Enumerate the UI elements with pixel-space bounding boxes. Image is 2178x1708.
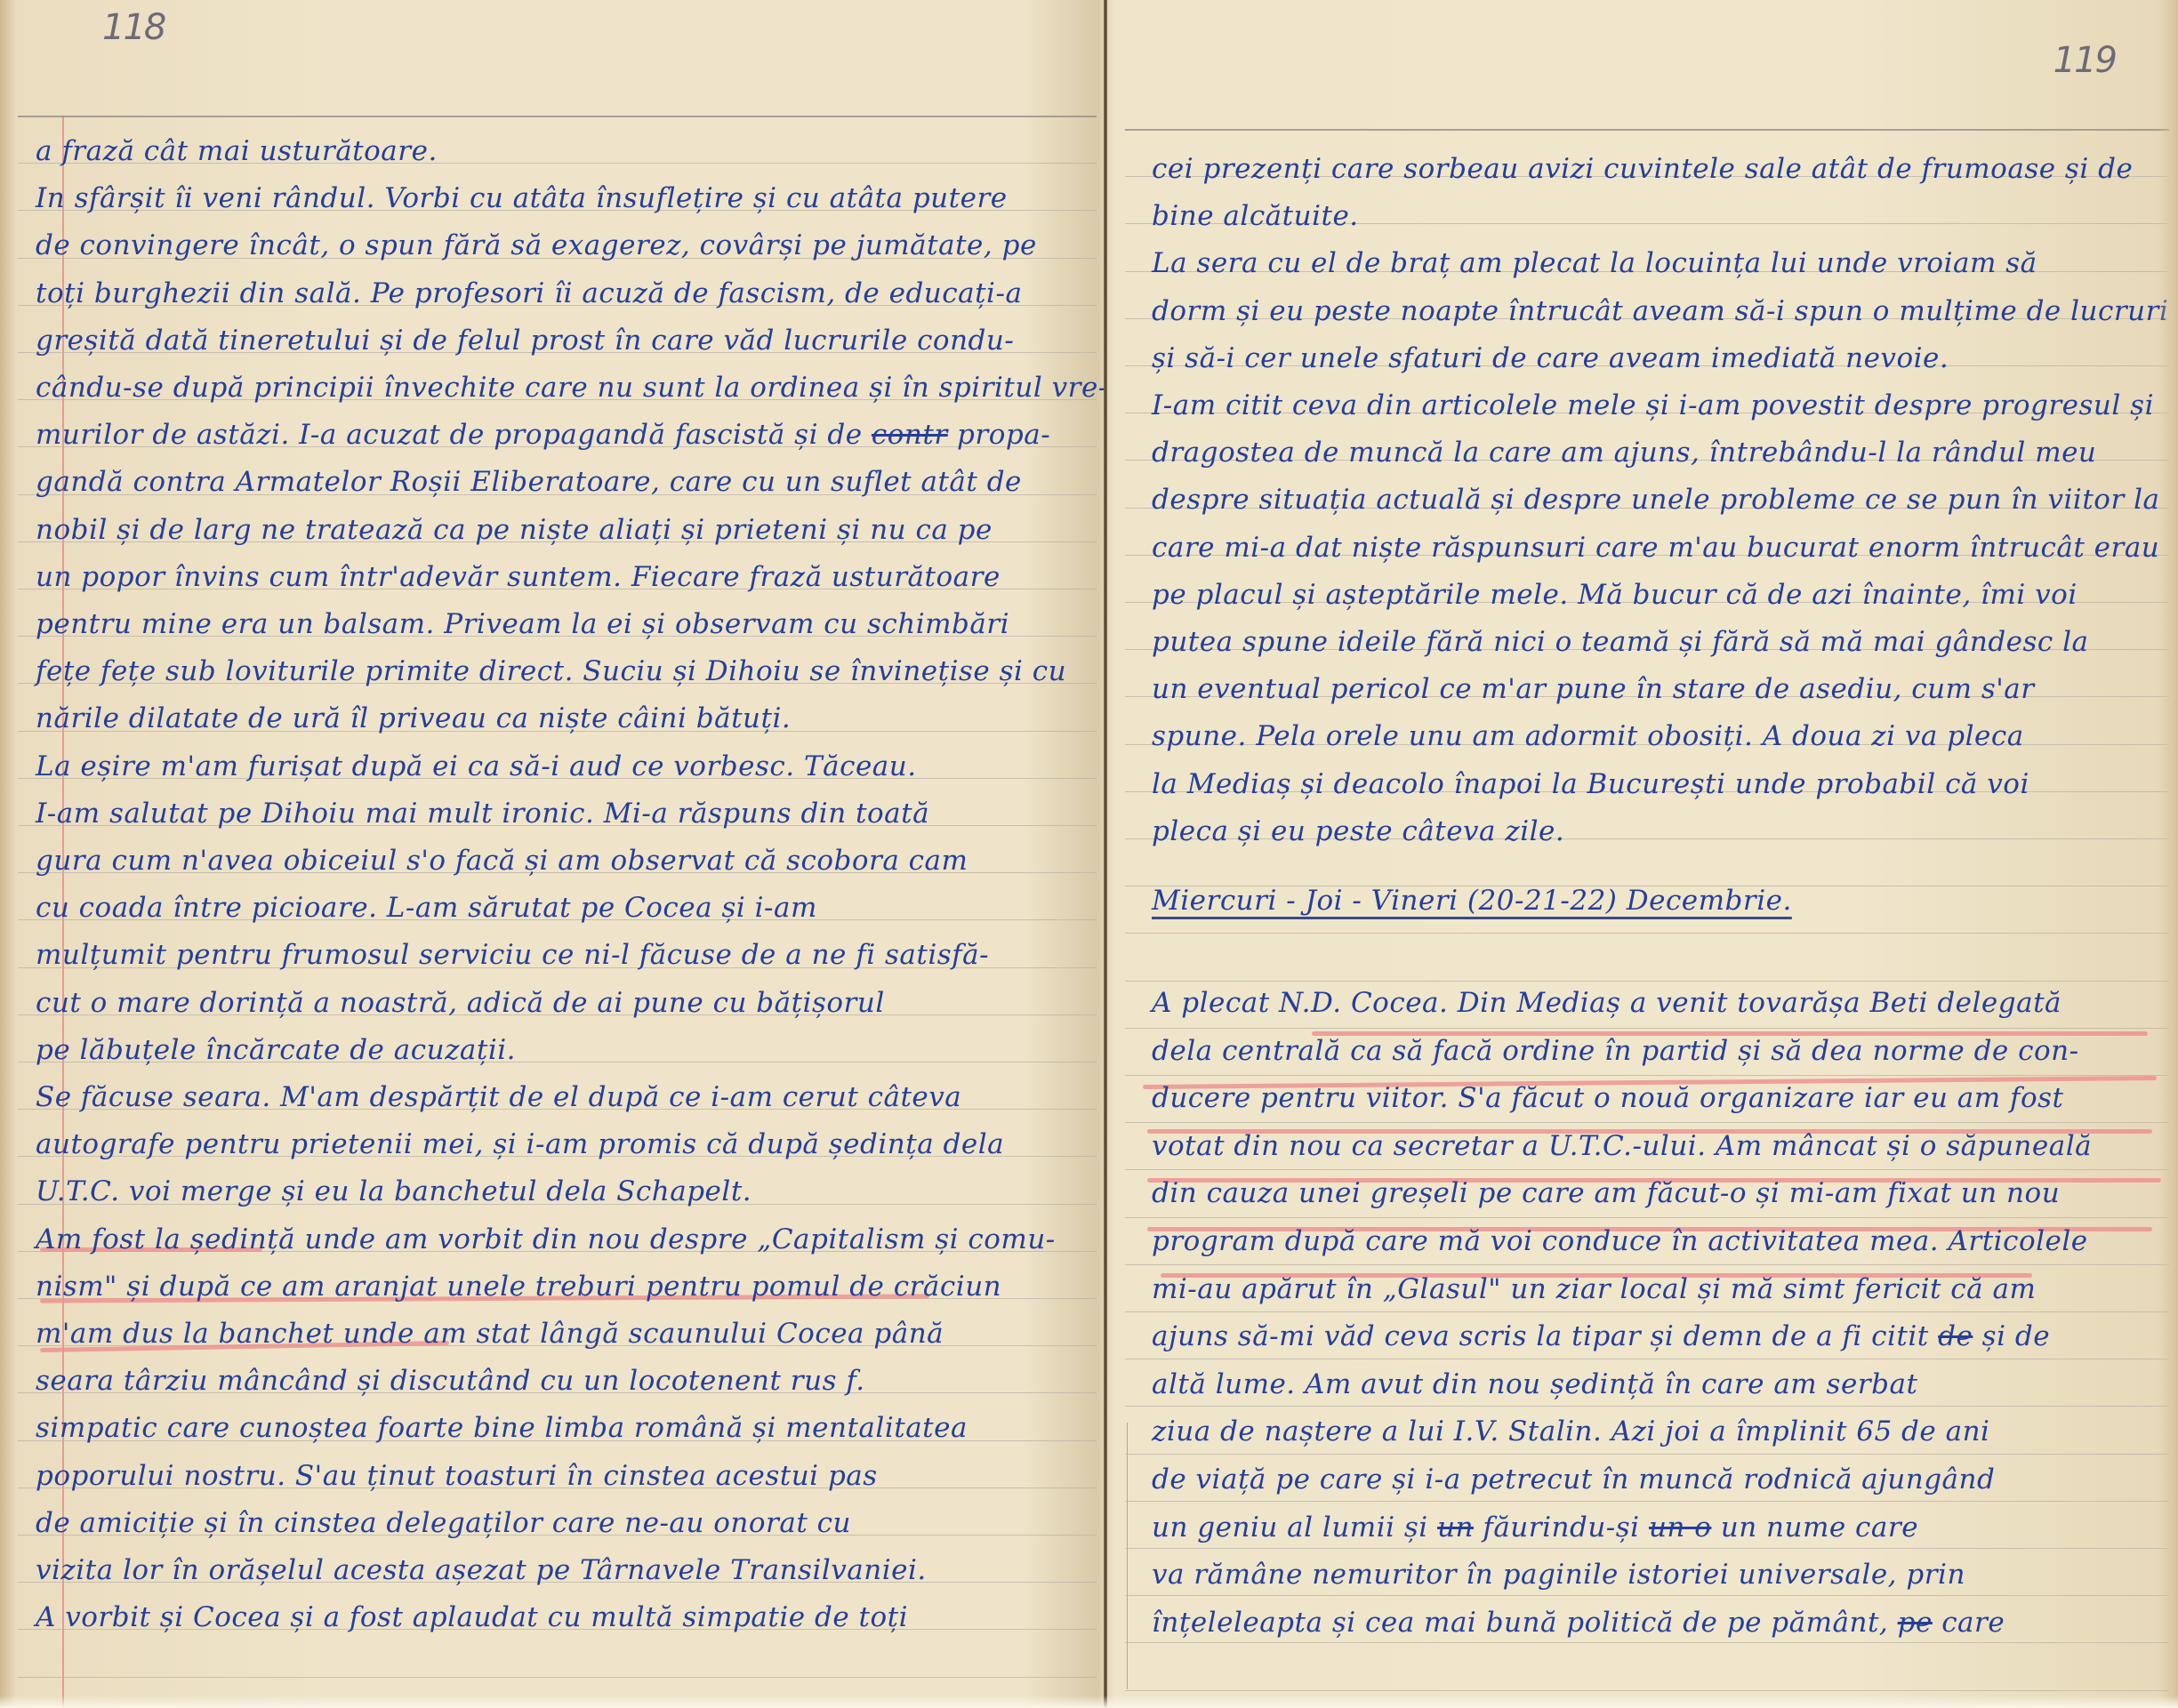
handwritten-line: mi-au apărut în „Glasul" un ziar local ș…: [1152, 1273, 2036, 1305]
ruled-line: [1125, 1454, 2169, 1455]
handwritten-line: poporului nostru. S'au ținut toasturi în…: [36, 1460, 878, 1492]
handwritten-line: bine alcătuite.: [1152, 200, 1359, 232]
handwritten-line: m'am dus la banchet unde am stat lângă s…: [36, 1318, 944, 1350]
ruled-line: [1125, 1690, 2169, 1691]
ruled-line: [1125, 1264, 2169, 1265]
handwritten-line: toți burghezii din sală. Pe profesori îi…: [36, 277, 1022, 309]
handwritten-line: din cauza unei greșeli pe care am făcut-…: [1152, 1177, 2060, 1209]
handwritten-line: La sera cu el de braț am plecat la locui…: [1152, 247, 2037, 279]
handwritten-line: înțeleleapta și cea mai bună politică de…: [1152, 1607, 2005, 1639]
handwritten-line: ajuns să-mi văd ceva scris la tipar și d…: [1152, 1320, 2050, 1352]
ruled-line: [1125, 1501, 2169, 1502]
handwritten-line: I-am citit ceva din articolele mele și i…: [1152, 389, 2154, 421]
page-edge: [0, 0, 16, 1708]
handwritten-line: ducere pentru viitor. S'a făcut o nouă o…: [1152, 1082, 2064, 1114]
handwritten-line: nism" și după ce am aranjat unele trebur…: [36, 1271, 1001, 1303]
notebook-spread: 118 a frază cât mai usturătoare.In sfârș…: [0, 0, 2178, 1708]
handwritten-line: și să-i cer unele sfaturi de care aveam …: [1152, 342, 1949, 374]
handwritten-line: U.T.C. voi merge și eu la banchetul dela…: [36, 1175, 751, 1207]
struck-word: pe: [1898, 1607, 1933, 1639]
handwritten-line: cut o mare dorință a noastră, adică de a…: [36, 987, 885, 1019]
ruled-line: [18, 1677, 1097, 1678]
page-bottom-edge: [0, 1696, 2178, 1708]
handwritten-line: A plecat N.D. Cocea. Din Mediaș a venit …: [1152, 987, 2061, 1019]
handwritten-line: murilor de astăzi. I-a acuzat de propaga…: [36, 419, 1050, 451]
handwritten-line: votat din nou ca secretar a U.T.C.-ului.…: [1152, 1130, 2092, 1162]
ruled-line: [1125, 1028, 2169, 1029]
handwritten-line: vizita lor în orășelul acesta așezat pe …: [36, 1554, 927, 1586]
ruled-line: [1125, 981, 2169, 982]
handwritten-line: Am fost la ședință unde am vorbit din no…: [36, 1223, 1056, 1255]
handwritten-line: seara târziu mâncând și discutând cu un …: [36, 1365, 865, 1397]
handwritten-line: spune. Pela orele unu am adormit obosiți…: [1152, 720, 2024, 752]
ruled-line: [1125, 1217, 2169, 1218]
handwritten-line: mulțumit pentru frumosul serviciu ce ni-…: [36, 939, 989, 971]
struck-word: de: [1938, 1320, 1973, 1352]
handwritten-line: despre situația actuală și despre unele …: [1152, 484, 2160, 516]
handwritten-line: un popor învins cum într'adevăr suntem. …: [36, 561, 1001, 593]
handwritten-line: gura cum n'avea obiceiul s'o facă și am …: [36, 845, 968, 877]
ruled-line: [1125, 1548, 2169, 1549]
handwritten-line: un eventual pericol ce m'ar pune în star…: [1152, 673, 2035, 705]
handwritten-line: de viață pe care și i-a petrecut în munc…: [1152, 1463, 1995, 1496]
handwritten-line: I-am salutat pe Dihoiu mai mult ironic. …: [36, 798, 929, 830]
handwritten-line: program după care mă voi conduce în acti…: [1152, 1225, 2088, 1257]
handwritten-line: simpatic care cunoștea foarte bine limba…: [36, 1412, 968, 1444]
page-number: 118: [102, 7, 165, 48]
struck-word: contr: [872, 419, 948, 451]
handwritten-line: care mi-a dat niște răspunsuri care m'au…: [1152, 532, 2159, 564]
handwritten-line: de convingere încât, o spun fără să exag…: [36, 229, 1037, 261]
ruled-line: [1125, 1406, 2169, 1407]
handwritten-line: fețe fețe sub loviturile primite direct.…: [36, 655, 1066, 687]
ruled-line: [18, 116, 1097, 117]
handwritten-line: pleca și eu peste câteva zile.: [1152, 815, 1564, 847]
ruled-line: [1125, 1311, 2169, 1312]
handwritten-line: cându-se după principii învechite care n…: [36, 372, 1108, 404]
handwritten-line: putea spune ideile fără nici o teamă și …: [1152, 626, 2089, 658]
handwritten-line: cei prezenți care sorbeau avizi cuvintel…: [1152, 153, 2133, 185]
right-page: 119 cei prezenți care sorbeau avizi cuvi…: [1107, 0, 2178, 1708]
handwritten-line: dorm și eu peste noapte întrucât aveam s…: [1152, 295, 2168, 327]
entry-heading: Miercuri - Joi - Vineri (20-21-22) Decem…: [1152, 885, 1792, 917]
handwritten-line: va rămâne nemuritor în paginile istoriei…: [1152, 1559, 1965, 1591]
ruled-line: [1125, 1595, 2169, 1596]
left-page: 118 a frază cât mai usturătoare.In sfârș…: [0, 0, 1105, 1708]
handwritten-line: A vorbit și Cocea și a fost aplaudat cu …: [36, 1601, 908, 1633]
ruled-line: [1125, 1169, 2169, 1170]
ruled-line: [1125, 933, 2169, 934]
handwritten-line: La eșire m'am furișat după ei ca să-i au…: [36, 750, 917, 782]
handwritten-line: dragostea de muncă la care am ajuns, înt…: [1152, 437, 2096, 469]
ruled-line: [1125, 129, 2169, 131]
handwritten-line: In sfârșit îi veni rândul. Vorbi cu atât…: [36, 182, 1008, 214]
ruled-line: [1125, 1075, 2169, 1076]
handwritten-line: de amiciție și în cinstea delegaților ca…: [36, 1507, 851, 1539]
handwritten-line: ziua de naștere a lui I.V. Stalin. Azi j…: [1152, 1415, 1989, 1447]
page-number: 119: [2053, 40, 2116, 81]
margin-line: [1127, 1423, 1128, 1689]
handwritten-line: altă lume. Am avut din nou ședință în ca…: [1152, 1368, 1917, 1400]
handwritten-line: cu coada între picioare. L-am sărutat pe…: [36, 892, 817, 924]
handwritten-line: pentru mine era un balsam. Priveam la ei…: [36, 608, 1009, 640]
handwritten-line: pe placul și așteptările mele. Mă bucur …: [1152, 579, 2078, 611]
ruled-line: [1125, 1122, 2169, 1123]
handwritten-line: gandă contra Armatelor Roșii Eliberatoar…: [36, 466, 1022, 498]
ruled-line: [1125, 1359, 2169, 1359]
handwritten-line: a frază cât mai usturătoare.: [36, 135, 438, 167]
handwritten-line: un geniu al lumii și un făurindu-și un o…: [1152, 1512, 1918, 1544]
handwritten-line: dela centrală ca să facă ordine în parti…: [1152, 1035, 2079, 1067]
handwritten-line: la Mediaș și deacolo înapoi la București…: [1152, 768, 2029, 800]
handwritten-line: greșită dată tineretului și de felul pro…: [36, 325, 1014, 357]
struck-word: un: [1437, 1512, 1474, 1544]
ruled-line: [1125, 1642, 2169, 1643]
handwritten-line: nările dilatate de ură îl priveau ca niș…: [36, 702, 791, 734]
handwritten-line: nobil și de larg ne tratează ca pe niște…: [36, 514, 993, 546]
handwritten-line: pe lăbuțele încărcate de acuzații.: [36, 1034, 516, 1066]
handwritten-line: autografe pentru prietenii mei, și i-am …: [36, 1128, 1004, 1160]
handwritten-line: Se făcuse seara. M'am despărțit de el du…: [36, 1081, 961, 1113]
page-edge: [2158, 0, 2178, 1708]
struck-word: un o: [1649, 1512, 1711, 1544]
